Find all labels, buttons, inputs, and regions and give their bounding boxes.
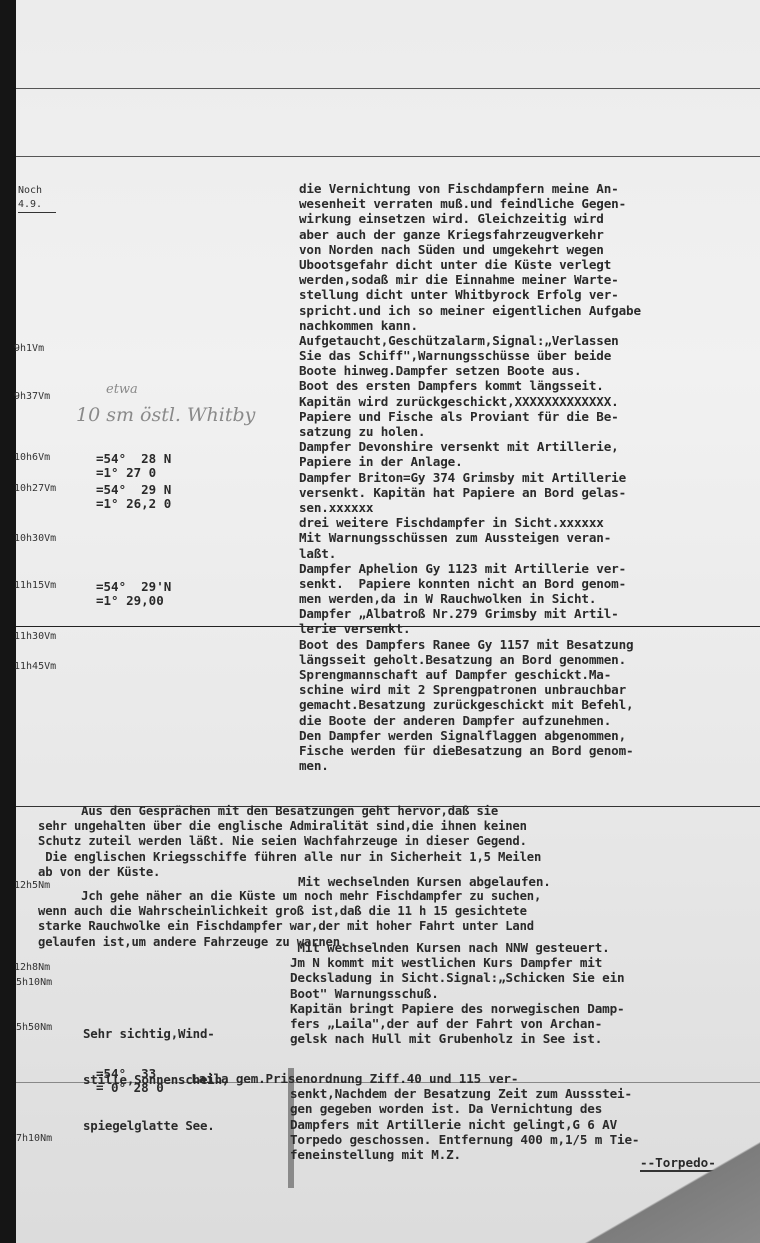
longitude: =1° 27 0 bbox=[96, 466, 156, 479]
main-column-3: Laila gem.Prisenordnung Ziff.40 und 115 … bbox=[0, 1071, 639, 1162]
timestamp: 12h8Nm bbox=[14, 962, 50, 973]
text-line: gen gegeben worden ist. Da Vernichtung d… bbox=[0, 1101, 639, 1116]
text-line: Jch gehe näher an die Küste um noch mehr… bbox=[38, 889, 541, 904]
text-line: laßt. bbox=[299, 546, 641, 561]
text-line: Dampfer Devonshire versenkt mit Artiller… bbox=[299, 439, 641, 454]
text-line: Fische werden für dieBesatzung an Bord g… bbox=[299, 743, 641, 758]
text-line: sen.xxxxxx bbox=[299, 500, 641, 515]
course-line-1: Mit wechselnden Kursen abgelaufen. bbox=[298, 874, 551, 889]
latitude: =54° 29 N bbox=[96, 483, 171, 496]
text-line: Boot" Warnungsschuß. bbox=[290, 986, 624, 1001]
text-line: aber auch der ganze Kriegsfahrzeugverkeh… bbox=[299, 227, 641, 242]
handwritten-note-line2: 10 sm östl. Whitby bbox=[76, 404, 255, 426]
text-line: schine wird mit 2 Sprengpatronen unbrauc… bbox=[299, 682, 641, 697]
text-line: von Norden nach Süden und umgekehrt wege… bbox=[299, 242, 641, 257]
film-edge bbox=[0, 0, 16, 1243]
horizontal-rule bbox=[16, 156, 760, 157]
text-line: Mit wechselnden Kursen nach NNW gesteuer… bbox=[290, 940, 624, 955]
text-line: längsseit geholt.Besatzung an Bord genom… bbox=[299, 652, 641, 667]
text-line: Torpedo geschossen. Entfernung 400 m,1/5… bbox=[0, 1132, 639, 1147]
text-line: Mit Warnungsschüssen zum Aussteigen vera… bbox=[299, 530, 641, 545]
text-line: wenn auch die Wahrscheinlichkeit groß is… bbox=[38, 904, 541, 919]
handwritten-note-line1: etwa bbox=[106, 382, 138, 397]
text-line: lerie versenkt. bbox=[299, 621, 641, 636]
timestamp: 5h50Nm bbox=[16, 1022, 52, 1033]
timestamp: 11h15Vm bbox=[14, 580, 56, 591]
text-line: Jm N kommt mit westlichen Kurs Dampfer m… bbox=[290, 955, 624, 970]
date-label: Noch 4.9. bbox=[18, 184, 56, 213]
text-line: die Vernichtung von Fischdampfern meine … bbox=[299, 181, 641, 196]
timestamp: 9h1Vm bbox=[14, 343, 44, 354]
text-line: Papiere in der Anlage. bbox=[299, 454, 641, 469]
text-line: Ubootsgefahr dicht unter die Küste verle… bbox=[299, 257, 641, 272]
text-line: Dampfers mit Artillerie nicht gelingt,G … bbox=[0, 1117, 639, 1132]
text-line: Kapitän wird zurückgeschickt,XXXXXXXXXXX… bbox=[299, 394, 641, 409]
text-line: gemacht.Besatzung zurückgeschickt mit Be… bbox=[299, 697, 641, 712]
latitude: =54° 29'N bbox=[96, 580, 171, 593]
timestamp: 10h30Vm bbox=[14, 533, 56, 544]
text-line: senkt. Papiere konnten nicht an Bord gen… bbox=[299, 576, 641, 591]
text-line: stellung dicht unter Whitbyrock Erfolg v… bbox=[299, 287, 641, 302]
text-line: Boot des ersten Dampfers kommt längsseit… bbox=[299, 378, 641, 393]
text-line: senkt,Nachdem der Besatzung Zeit zum Aus… bbox=[0, 1086, 639, 1101]
text-line: Boote hinweg.Dampfer setzen Boote aus. bbox=[299, 363, 641, 378]
text-line: men werden,da in W Rauchwolken in Sicht. bbox=[299, 591, 641, 606]
text-line: Papiere und Fische als Proviant für die … bbox=[299, 409, 641, 424]
text-line: feneinstellung mit M.Z. bbox=[0, 1147, 639, 1162]
text-line: Dampfer „Albatroß Nr.279 Grimsby mit Art… bbox=[299, 606, 641, 621]
text-line: Kapitän bringt Papiere des norwegischen … bbox=[290, 1001, 624, 1016]
text-line: nachkommen kann. bbox=[299, 318, 641, 333]
text-line: Sie das Schiff",Warnungsschüsse über bei… bbox=[299, 348, 641, 363]
latitude: =54° 28 N bbox=[96, 452, 171, 465]
document-page: Noch 4.9. 9h1Vm9h37Vm10h6Vm10h27Vm10h30V… bbox=[0, 0, 760, 1243]
page-shadow bbox=[560, 1133, 760, 1243]
main-column-1: die Vernichtung von Fischdampfern meine … bbox=[299, 181, 641, 773]
text-line: Die englischen Kriegsschiffe führen alle… bbox=[38, 850, 541, 865]
main-column-2: Mit wechselnden Kursen nach NNW gesteuer… bbox=[290, 940, 624, 1046]
timestamp: 9h37Vm bbox=[14, 391, 50, 402]
text-line: versenkt. Kapitän hat Papiere an Bord ge… bbox=[299, 485, 641, 500]
timestamp: 10h27Vm bbox=[14, 483, 56, 494]
text-line: sehr ungehalten über die englische Admir… bbox=[38, 819, 541, 834]
date-value: 4.9. bbox=[18, 198, 56, 213]
longitude: =1° 26,2 0 bbox=[96, 497, 171, 510]
text-line: fers „Laila",der auf der Fahrt von Archa… bbox=[290, 1016, 624, 1031]
text-line: Dampfer Briton=Gy 374 Grimsby mit Artill… bbox=[299, 470, 641, 485]
text-line: Sprengmannschaft auf Dampfer geschickt.M… bbox=[299, 667, 641, 682]
text-line: gelsk nach Hull mit Grubenholz in See is… bbox=[290, 1031, 624, 1046]
text-line: wesenheit verraten muß.und feindliche Ge… bbox=[299, 196, 641, 211]
text-line: die Boote der anderen Dampfer aufzunehme… bbox=[299, 713, 641, 728]
timestamp: 5h10Nm bbox=[16, 977, 52, 988]
text-line: Aufgetaucht,Geschützalarm,Signal:„Verlas… bbox=[299, 333, 641, 348]
horizontal-rule bbox=[16, 88, 760, 89]
timestamp: 10h6Vm bbox=[14, 452, 50, 463]
longitude: =1° 29,00 bbox=[96, 594, 164, 607]
timestamp: 11h45Vm bbox=[14, 661, 56, 672]
text-line: werden,sodaß mir die Einnahme meiner War… bbox=[299, 272, 641, 287]
weather-line: Sehr sichtig,Wind- bbox=[83, 1026, 229, 1041]
text-line: Dampfer Aphelion Gy 1123 mit Artillerie … bbox=[299, 561, 641, 576]
text-line: Boot des Dampfers Ranee Gy 1157 mit Besa… bbox=[299, 637, 641, 652]
text-line: Decksladung in Sicht.Signal:„Schicken Si… bbox=[290, 970, 624, 985]
text-line: Schutz zuteil werden läßt. Nie seien Wac… bbox=[38, 834, 541, 849]
full-width-paragraph-1: Aus den Gesprächen mit den Besatzungen g… bbox=[38, 804, 541, 880]
text-line: Den Dampfer werden Signalflaggen abgenom… bbox=[299, 728, 641, 743]
text-line: Aus den Gesprächen mit den Besatzungen g… bbox=[38, 804, 541, 819]
text-line: spricht.und ich so meiner eigentlichen A… bbox=[299, 303, 641, 318]
text-line: starke Rauchwolke ein Fischdampfer war,d… bbox=[38, 919, 541, 934]
timestamp: 11h30Vm bbox=[14, 631, 56, 642]
text-line: Laila gem.Prisenordnung Ziff.40 und 115 … bbox=[0, 1071, 639, 1086]
text-line: drei weitere Fischdampfer in Sicht.xxxxx… bbox=[299, 515, 641, 530]
date-prefix: Noch bbox=[18, 184, 56, 198]
text-line: satzung zu holen. bbox=[299, 424, 641, 439]
text-line: wirkung einsetzen wird. Gleichzeitig wir… bbox=[299, 211, 641, 226]
text-line: men. bbox=[299, 758, 641, 773]
